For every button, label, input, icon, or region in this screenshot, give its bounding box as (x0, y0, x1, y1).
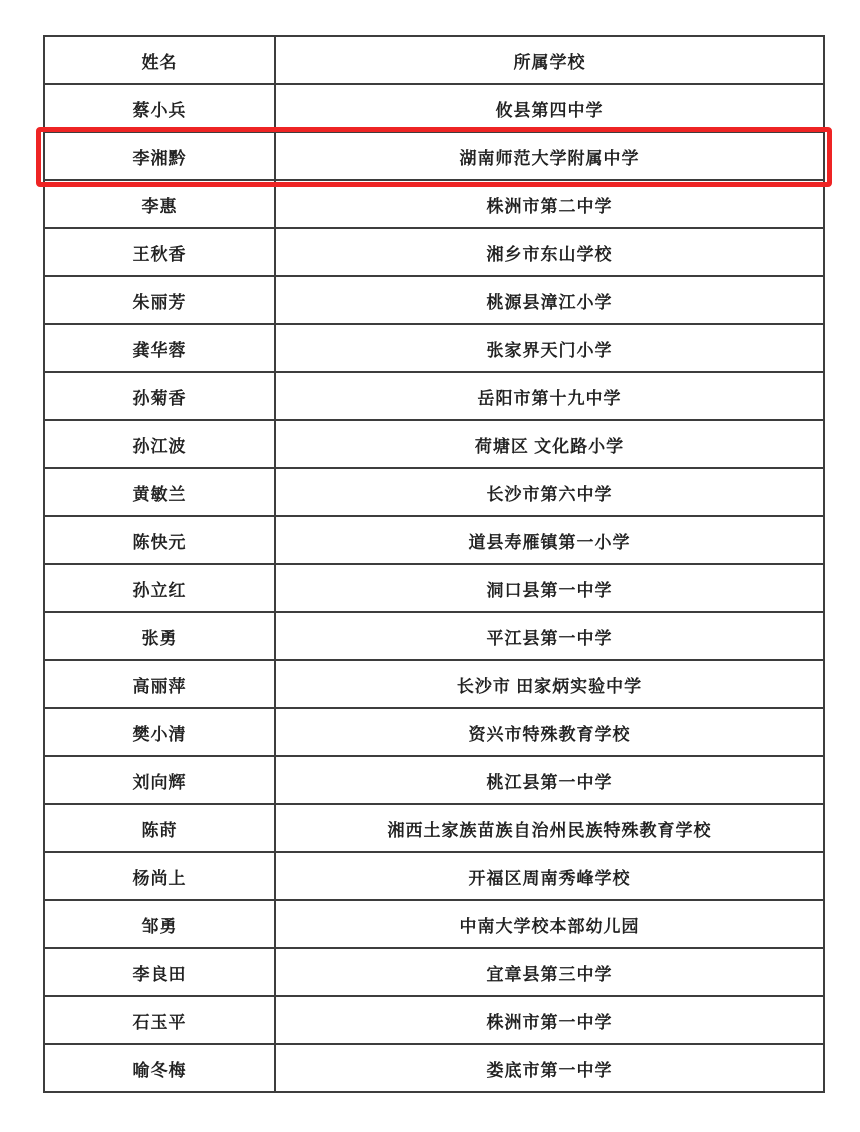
header-row: 姓名 所属学校 (44, 36, 824, 84)
name-cell: 王秋香 (44, 228, 275, 276)
name-cell: 孙江波 (44, 420, 275, 468)
school-cell: 攸县第四中学 (275, 84, 824, 132)
name-cell: 黄敏兰 (44, 468, 275, 516)
school-cell: 洞口县第一中学 (275, 564, 824, 612)
school-cell: 株洲市第二中学 (275, 180, 824, 228)
table-row: 朱丽芳桃源县漳江小学 (44, 276, 824, 324)
document-page: 姓名 所属学校 蔡小兵攸县第四中学李湘黔湖南师范大学附属中学李惠株洲市第二中学王… (0, 0, 860, 1132)
name-cell: 樊小清 (44, 708, 275, 756)
school-cell: 长沙市 田家炳实验中学 (275, 660, 824, 708)
table-row: 喻冬梅娄底市第一中学 (44, 1044, 824, 1092)
table-row: 杨尚上开福区周南秀峰学校 (44, 852, 824, 900)
name-cell: 龚华蓉 (44, 324, 275, 372)
school-cell: 宜章县第三中学 (275, 948, 824, 996)
table-row: 石玉平株洲市第一中学 (44, 996, 824, 1044)
school-cell: 道县寿雁镇第一小学 (275, 516, 824, 564)
roster-table-wrap: 姓名 所属学校 蔡小兵攸县第四中学李湘黔湖南师范大学附属中学李惠株洲市第二中学王… (43, 35, 825, 1093)
header-cell-name: 姓名 (44, 36, 275, 84)
table-row: 蔡小兵攸县第四中学 (44, 84, 824, 132)
school-cell: 张家界天门小学 (275, 324, 824, 372)
table-row: 陈莳湘西土家族苗族自治州民族特殊教育学校 (44, 804, 824, 852)
header-cell-school: 所属学校 (275, 36, 824, 84)
table-row: 龚华蓉张家界天门小学 (44, 324, 824, 372)
name-cell: 李惠 (44, 180, 275, 228)
name-cell: 刘向辉 (44, 756, 275, 804)
name-cell: 孙立红 (44, 564, 275, 612)
table-row: 张勇平江县第一中学 (44, 612, 824, 660)
name-cell: 李湘黔 (44, 132, 275, 180)
school-cell: 桃源县漳江小学 (275, 276, 824, 324)
name-cell: 石玉平 (44, 996, 275, 1044)
table-row: 李惠株洲市第二中学 (44, 180, 824, 228)
school-cell: 娄底市第一中学 (275, 1044, 824, 1092)
name-cell: 李良田 (44, 948, 275, 996)
school-cell: 湖南师范大学附属中学 (275, 132, 824, 180)
table-row: 孙江波荷塘区 文化路小学 (44, 420, 824, 468)
name-cell: 高丽萍 (44, 660, 275, 708)
school-cell: 株洲市第一中学 (275, 996, 824, 1044)
name-cell: 蔡小兵 (44, 84, 275, 132)
table-row: 李湘黔湖南师范大学附属中学 (44, 132, 824, 180)
school-cell: 岳阳市第十九中学 (275, 372, 824, 420)
table-row: 邹勇中南大学校本部幼儿园 (44, 900, 824, 948)
table-row: 王秋香湘乡市东山学校 (44, 228, 824, 276)
name-cell: 喻冬梅 (44, 1044, 275, 1092)
table-row: 樊小清资兴市特殊教育学校 (44, 708, 824, 756)
table-row: 高丽萍长沙市 田家炳实验中学 (44, 660, 824, 708)
name-cell: 杨尚上 (44, 852, 275, 900)
name-cell: 邹勇 (44, 900, 275, 948)
roster-table: 姓名 所属学校 蔡小兵攸县第四中学李湘黔湖南师范大学附属中学李惠株洲市第二中学王… (43, 35, 825, 1093)
table-row: 孙菊香岳阳市第十九中学 (44, 372, 824, 420)
school-cell: 湘西土家族苗族自治州民族特殊教育学校 (275, 804, 824, 852)
table-row: 陈快元道县寿雁镇第一小学 (44, 516, 824, 564)
school-cell: 中南大学校本部幼儿园 (275, 900, 824, 948)
school-cell: 长沙市第六中学 (275, 468, 824, 516)
table-row: 刘向辉桃江县第一中学 (44, 756, 824, 804)
school-cell: 桃江县第一中学 (275, 756, 824, 804)
school-cell: 荷塘区 文化路小学 (275, 420, 824, 468)
school-cell: 开福区周南秀峰学校 (275, 852, 824, 900)
table-row: 李良田宜章县第三中学 (44, 948, 824, 996)
name-cell: 朱丽芳 (44, 276, 275, 324)
name-cell: 张勇 (44, 612, 275, 660)
table-row: 孙立红洞口县第一中学 (44, 564, 824, 612)
school-cell: 资兴市特殊教育学校 (275, 708, 824, 756)
table-row: 黄敏兰长沙市第六中学 (44, 468, 824, 516)
name-cell: 陈快元 (44, 516, 275, 564)
school-cell: 平江县第一中学 (275, 612, 824, 660)
school-cell: 湘乡市东山学校 (275, 228, 824, 276)
name-cell: 孙菊香 (44, 372, 275, 420)
name-cell: 陈莳 (44, 804, 275, 852)
